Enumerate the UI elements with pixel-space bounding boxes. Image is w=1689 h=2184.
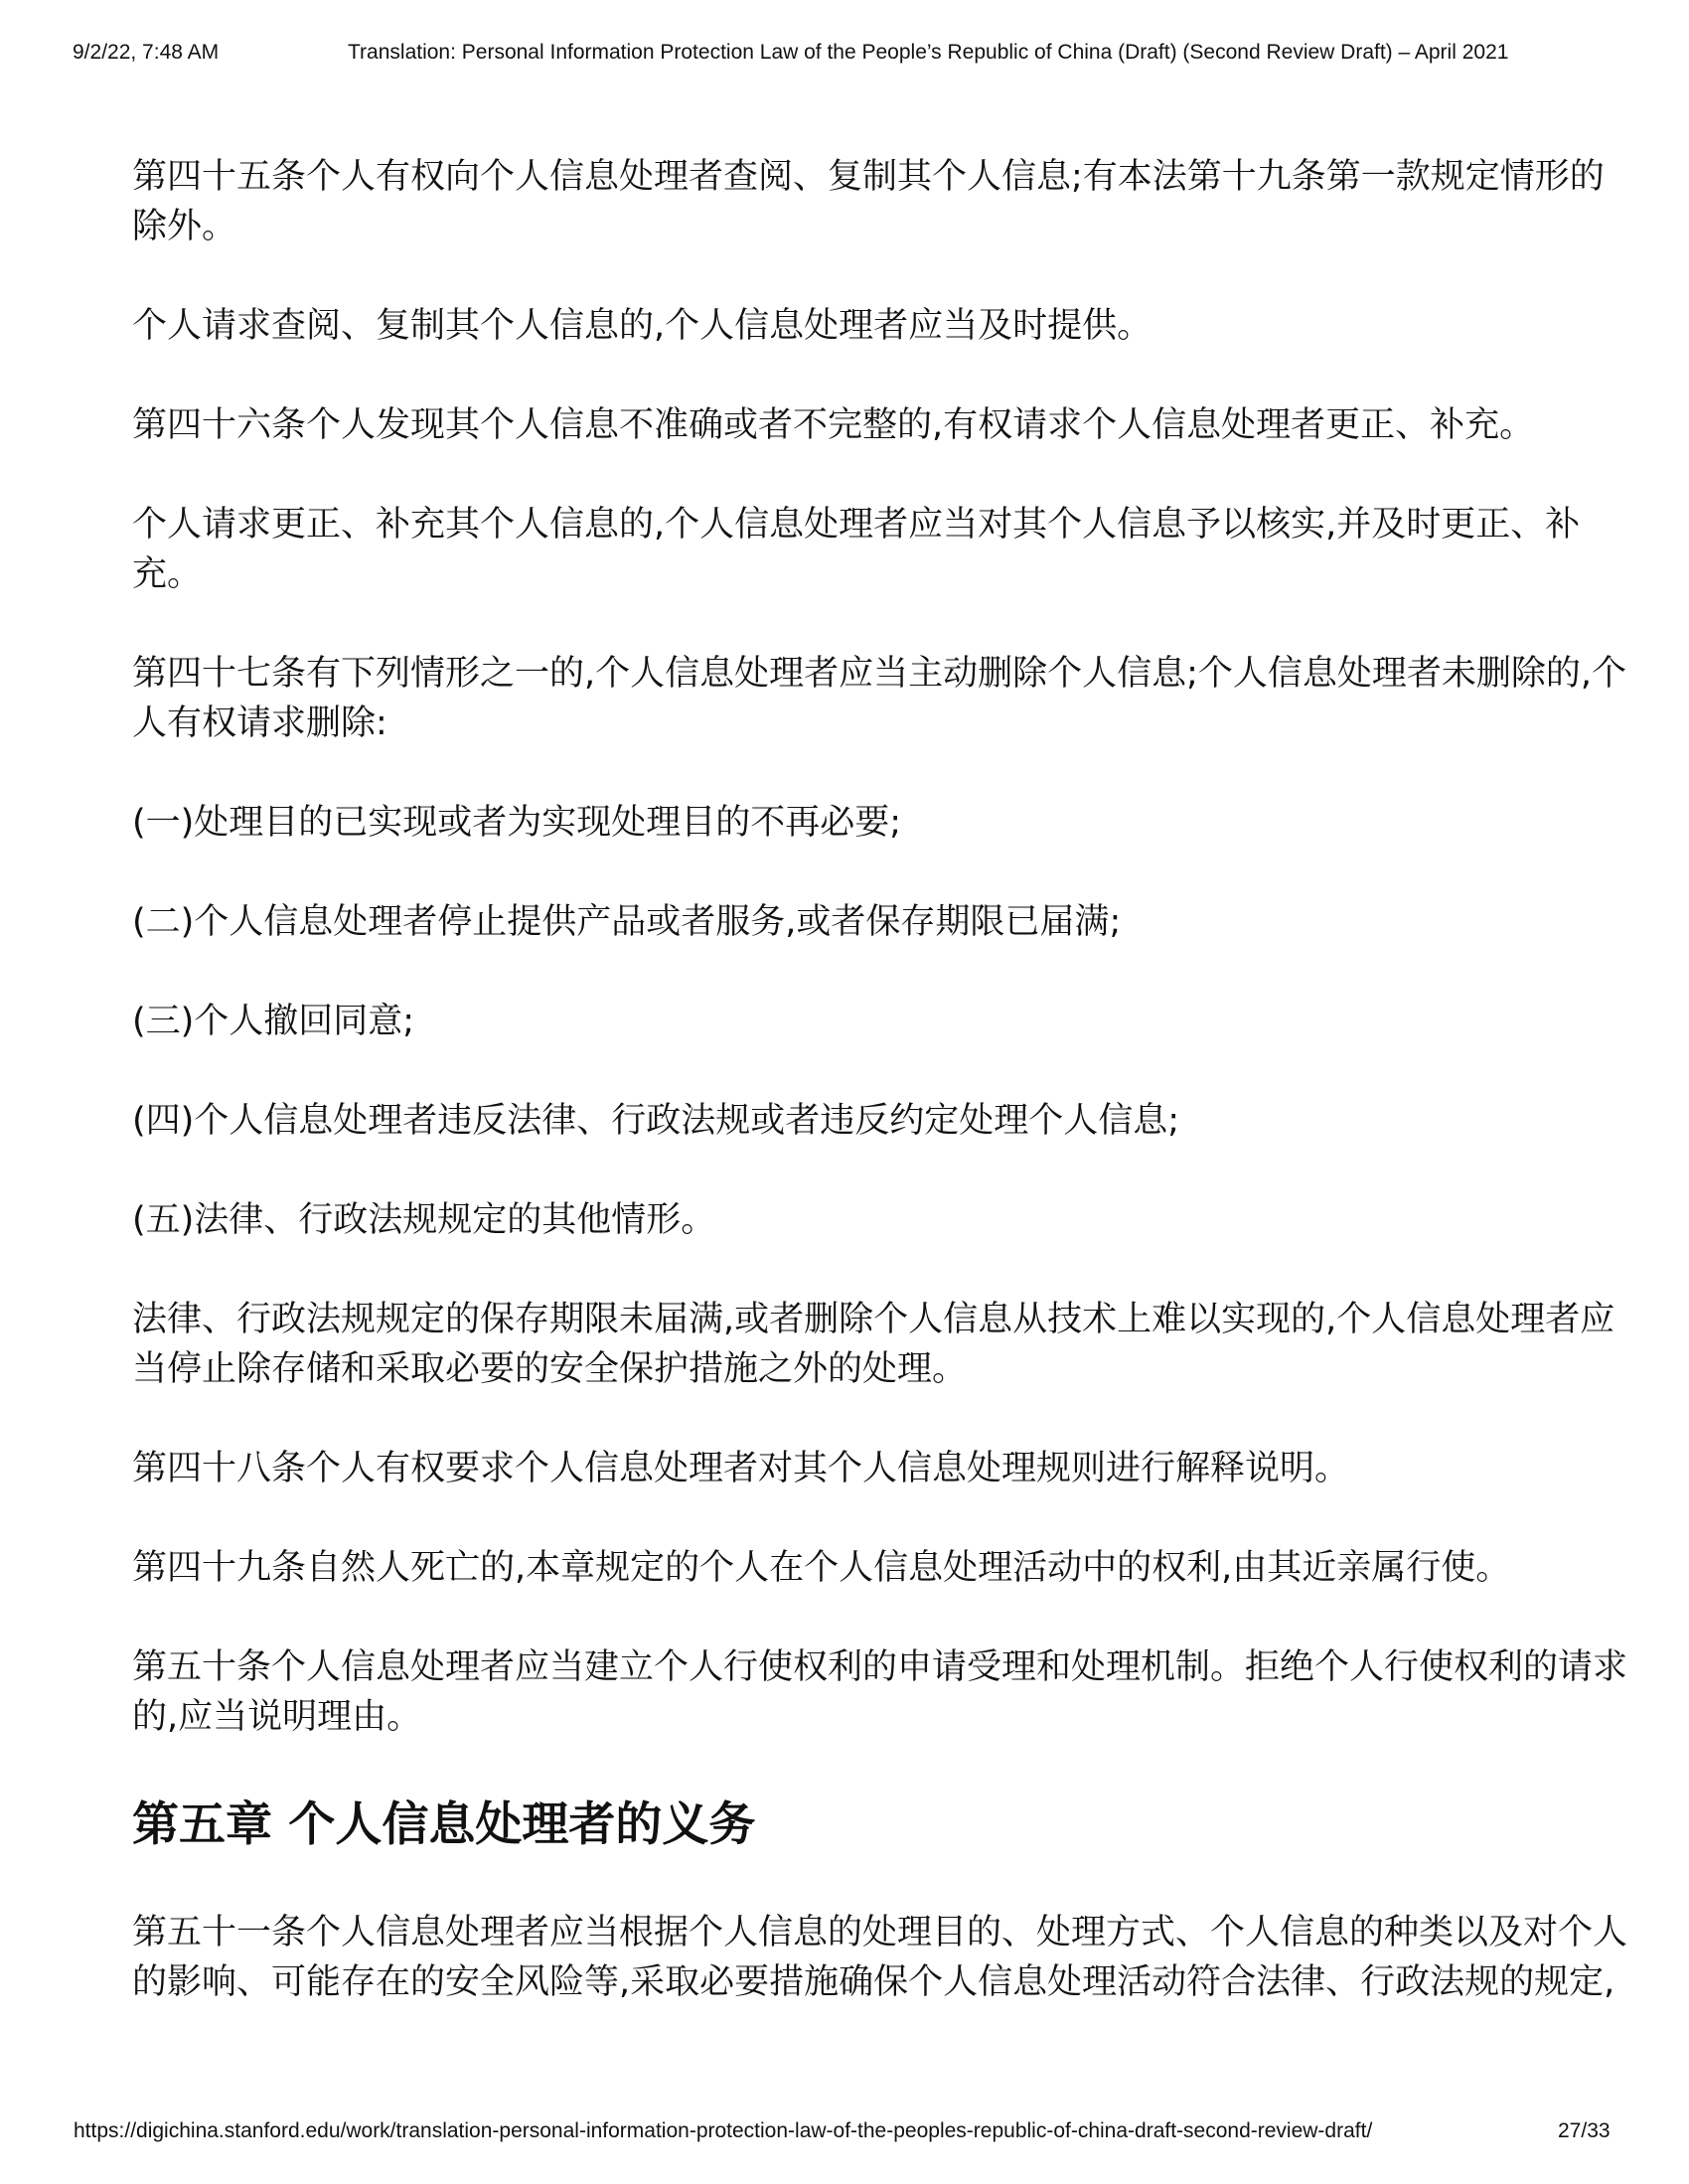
article-45-paragraph: 第四十五条个人有权向个人信息处理者查阅、复制其个人信息;有本法第十九条第一款规定… bbox=[132, 152, 1573, 251]
list-item-4: (四)个人信息处理者违反法律、行政法规或者违反约定处理个人信息; bbox=[132, 1096, 1573, 1146]
article-47-paragraph: 第四十七条有下列情形之一的,个人信息处理者应当主动删除个人信息;个人信息处理者未… bbox=[132, 649, 1573, 748]
text-line: 的,应当说明理由。 bbox=[132, 1692, 1573, 1742]
text-line: 第五十条个人信息处理者应当建立个人行使权利的申请受理和处理机制。拒绝个人行使权利… bbox=[132, 1642, 1573, 1692]
article-46-paragraph: 第四十六条个人发现其个人信息不准确或者不完整的,有权请求个人信息处理者更正、补充… bbox=[132, 400, 1573, 450]
text-line: 人有权请求删除: bbox=[132, 699, 1573, 748]
article-46-clause-2: 个人请求更正、补充其个人信息的,个人信息处理者应当对其个人信息予以核实,并及时更… bbox=[132, 500, 1573, 599]
text-line: 当停止除存储和采取必要的安全保护措施之外的处理。 bbox=[132, 1344, 1573, 1394]
article-47-clause-2: 法律、行政法规规定的保存期限未届满,或者删除个人信息从技术上难以实现的,个人信息… bbox=[132, 1295, 1573, 1394]
text-line: 个人请求查阅、复制其个人信息的,个人信息处理者应当及时提供。 bbox=[132, 301, 1573, 351]
text-line: (三)个人撤回同意; bbox=[132, 997, 1573, 1046]
text-line: 法律、行政法规规定的保存期限未届满,或者删除个人信息从技术上难以实现的,个人信息… bbox=[132, 1295, 1573, 1344]
document-title: Translation: Personal Information Protec… bbox=[348, 38, 1580, 68]
chapter-5-body: 第五十一条个人信息处理者应当根据个人信息的处理目的、处理方式、个人信息的种类以及… bbox=[132, 1908, 1573, 2057]
page-number: 27/33 bbox=[1558, 2116, 1611, 2146]
text-line: 个人请求更正、补充其个人信息的,个人信息处理者应当对其个人信息予以核实,并及时更… bbox=[132, 500, 1573, 549]
chapter-heading: 第五章 个人信息处理者的义务 bbox=[132, 1794, 755, 1857]
article-50-paragraph: 第五十条个人信息处理者应当建立个人行使权利的申请受理和处理机制。拒绝个人行使权利… bbox=[132, 1642, 1573, 1742]
text-line: 第四十七条有下列情形之一的,个人信息处理者应当主动删除个人信息;个人信息处理者未… bbox=[132, 649, 1573, 699]
text-line: 除外。 bbox=[132, 202, 1573, 251]
list-item-1: (一)处理目的已实现或者为实现处理目的不再必要; bbox=[132, 798, 1573, 848]
list-item-5: (五)法律、行政法规规定的其他情形。 bbox=[132, 1195, 1573, 1245]
list-item-3: (三)个人撤回同意; bbox=[132, 997, 1573, 1046]
text-line: 第五十一条个人信息处理者应当根据个人信息的处理目的、处理方式、个人信息的种类以及… bbox=[132, 1908, 1573, 1957]
text-line: 第四十九条自然人死亡的,本章规定的个人在个人信息处理活动中的权利,由其近亲属行使… bbox=[132, 1543, 1573, 1593]
text-line: (二)个人信息处理者停止提供产品或者服务,或者保存期限已届满; bbox=[132, 897, 1573, 947]
text-line: (四)个人信息处理者违反法律、行政法规或者违反约定处理个人信息; bbox=[132, 1096, 1573, 1146]
article-45-clause-2: 个人请求查阅、复制其个人信息的,个人信息处理者应当及时提供。 bbox=[132, 301, 1573, 351]
text-line: 第四十六条个人发现其个人信息不准确或者不完整的,有权请求个人信息处理者更正、补充… bbox=[132, 400, 1573, 450]
text-line: 充。 bbox=[132, 549, 1573, 599]
article-48-paragraph: 第四十八条个人有权要求个人信息处理者对其个人信息处理规则进行解释说明。 bbox=[132, 1444, 1573, 1493]
document-body: 第四十五条个人有权向个人信息处理者查阅、复制其个人信息;有本法第十九条第一款规定… bbox=[132, 152, 1573, 1792]
text-line: 第四十八条个人有权要求个人信息处理者对其个人信息处理规则进行解释说明。 bbox=[132, 1444, 1573, 1493]
article-51-paragraph: 第五十一条个人信息处理者应当根据个人信息的处理目的、处理方式、个人信息的种类以及… bbox=[132, 1908, 1573, 2007]
print-date-time: 9/2/22, 7:48 AM bbox=[73, 38, 219, 68]
print-header: 9/2/22, 7:48 AM Translation: Personal In… bbox=[0, 38, 1689, 68]
article-49-paragraph: 第四十九条自然人死亡的,本章规定的个人在个人信息处理活动中的权利,由其近亲属行使… bbox=[132, 1543, 1573, 1593]
list-item-2: (二)个人信息处理者停止提供产品或者服务,或者保存期限已届满; bbox=[132, 897, 1573, 947]
source-url: https://digichina.stanford.edu/work/tran… bbox=[74, 2116, 1464, 2146]
text-line: (一)处理目的已实现或者为实现处理目的不再必要; bbox=[132, 798, 1573, 848]
text-line: (五)法律、行政法规规定的其他情形。 bbox=[132, 1195, 1573, 1245]
print-footer: https://digichina.stanford.edu/work/tran… bbox=[0, 2116, 1689, 2146]
text-line: 的影响、可能存在的安全风险等,采取必要措施确保个人信息处理活动符合法律、行政法规… bbox=[132, 1957, 1573, 2007]
text-line: 第四十五条个人有权向个人信息处理者查阅、复制其个人信息;有本法第十九条第一款规定… bbox=[132, 152, 1573, 202]
